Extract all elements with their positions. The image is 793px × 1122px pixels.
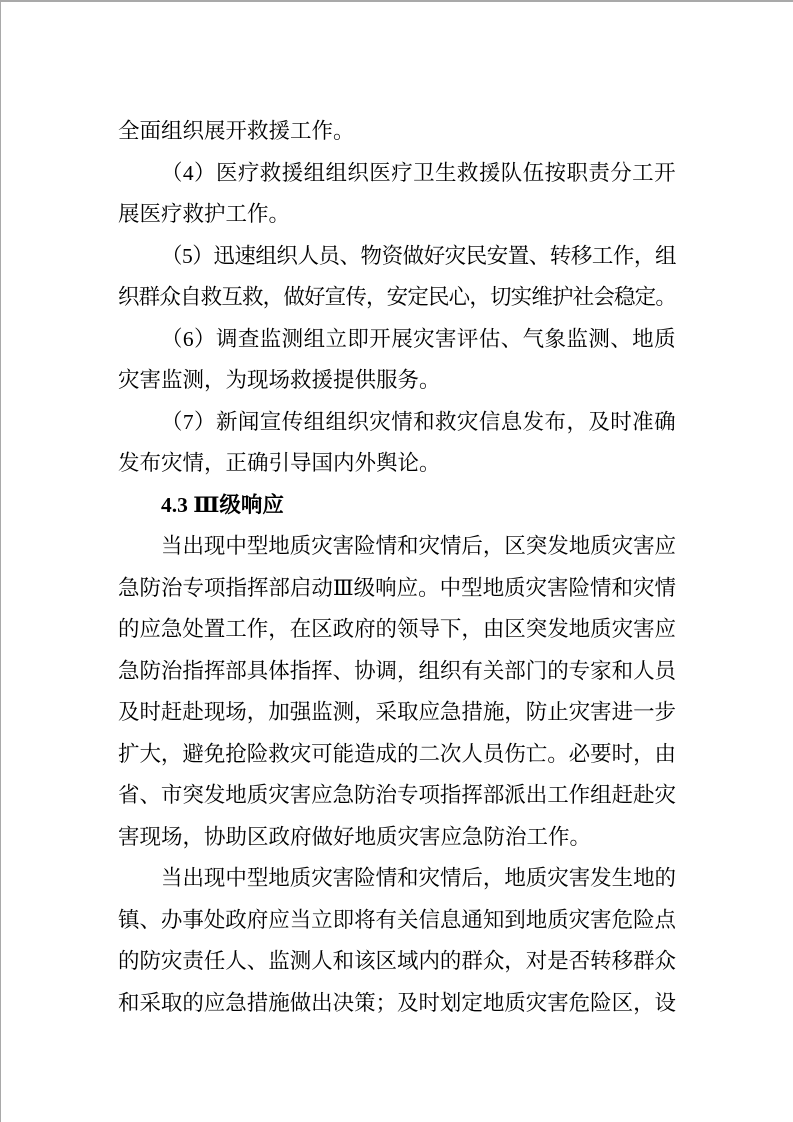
line-text: 当出现中型地质灾害险情和灾情后，地质灾害发生地的 xyxy=(161,866,676,890)
text-line: 当出现中型地质灾害险情和灾情后，地质灾害发生地的 xyxy=(118,858,676,900)
line-text: （6）调查监测组立即开展灾害评估、气象监测、地质 xyxy=(161,327,676,351)
line-text: 灾害监测，为现场救援提供服务。 xyxy=(118,368,441,392)
text-line: （5）迅速组织人员、物资做好灾民安置、转移工作，组 xyxy=(118,236,676,278)
text-line: 的防灾责任人、监测人和该区域内的群众，对是否转移群众 xyxy=(118,941,676,983)
line-text: 的应急处置工作，在区政府的领导下，由区突发地质灾害应 xyxy=(118,617,676,641)
page-edge-left-line xyxy=(0,0,1,1122)
line-text: （4）医疗救援组组织医疗卫生救援队伍按职责分工开 xyxy=(161,161,676,185)
text-line: 灾害监测，为现场救援提供服务。 xyxy=(118,360,676,402)
line-text: 镇、办事处政府应当立即将有关信息通知到地质灾害危险点 xyxy=(118,908,676,932)
line-text: 急防治指挥部具体指挥、协调，组织有关部门的专家和人员 xyxy=(118,659,676,683)
text-line: 镇、办事处政府应当立即将有关信息通知到地质灾害危险点 xyxy=(118,900,676,942)
text-line: 展医疗救护工作。 xyxy=(118,194,676,236)
line-text: （5）迅速组织人员、物资做好灾民安置、转移工作，组 xyxy=(161,244,676,268)
page-text-block: 全面组织展开救援工作。（4）医疗救援组组织医疗卫生救援队伍按职责分工开展医疗救护… xyxy=(118,111,676,1024)
text-line: 急防治专项指挥部启动Ⅲ级响应。中型地质灾害险情和灾情 xyxy=(118,568,676,610)
text-line: 省、市突发地质灾害应急防治专项指挥部派出工作组赶赴灾 xyxy=(118,775,676,817)
text-line: 扩大，避免抢险救灾可能造成的二次人员伤亡。必要时，由 xyxy=(118,734,676,776)
text-line: 及时赶赴现场，加强监测，采取应急措施，防止灾害进一步 xyxy=(118,692,676,734)
line-text: 发布灾情，正确引导国内外舆论。 xyxy=(118,451,441,475)
page-edge-top-line xyxy=(0,0,793,2)
line-text: 的防灾责任人、监测人和该区域内的群众，对是否转移群众 xyxy=(118,949,676,973)
line-text: 织群众自救互救，做好宣传，安定民心，切实维护社会稳定。 xyxy=(118,285,676,309)
text-line: 害现场，协助区政府做好地质灾害应急防治工作。 xyxy=(118,817,676,859)
line-text: 省、市突发地质灾害应急防治专项指挥部派出工作组赶赴灾 xyxy=(118,783,676,807)
line-text: 当出现中型地质灾害险情和灾情后，区突发地质灾害应 xyxy=(161,534,676,558)
line-text: 及时赶赴现场，加强监测，采取应急措施，防止灾害进一步 xyxy=(118,700,676,724)
line-text: 全面组织展开救援工作。 xyxy=(118,119,355,143)
line-text: （7）新闻宣传组组织灾情和救灾信息发布，及时准确 xyxy=(161,410,676,434)
text-line: 急防治指挥部具体指挥、协调，组织有关部门的专家和人员 xyxy=(118,651,676,693)
text-line: 和采取的应急措施做出决策；及时划定地质灾害危险区，设 xyxy=(118,983,676,1025)
text-line: （7）新闻宣传组组织灾情和救灾信息发布，及时准确 xyxy=(118,402,676,444)
line-text: 4.3 Ⅲ级响应 xyxy=(161,493,284,517)
text-line: 全面组织展开救援工作。 xyxy=(118,111,676,153)
text-line: （6）调查监测组立即开展灾害评估、气象监测、地质 xyxy=(118,319,676,361)
line-text: 展医疗救护工作。 xyxy=(118,202,290,226)
text-line: （4）医疗救援组组织医疗卫生救援队伍按职责分工开 xyxy=(118,153,676,195)
line-text: 扩大，避免抢险救灾可能造成的二次人员伤亡。必要时，由 xyxy=(118,742,676,766)
document-page: 全面组织展开救援工作。（4）医疗救援组组织医疗卫生救援队伍按职责分工开展医疗救护… xyxy=(0,0,793,1122)
text-line: 织群众自救互救，做好宣传，安定民心，切实维护社会稳定。 xyxy=(118,277,676,319)
text-line: 的应急处置工作，在区政府的领导下，由区突发地质灾害应 xyxy=(118,609,676,651)
text-line: 发布灾情，正确引导国内外舆论。 xyxy=(118,443,676,485)
section-heading: 4.3 Ⅲ级响应 xyxy=(118,485,676,527)
line-text: 急防治专项指挥部启动Ⅲ级响应。中型地质灾害险情和灾情 xyxy=(118,576,676,600)
line-text: 和采取的应急措施做出决策；及时划定地质灾害危险区，设 xyxy=(118,991,676,1015)
line-text: 害现场，协助区政府做好地质灾害应急防治工作。 xyxy=(118,825,591,849)
text-line: 当出现中型地质灾害险情和灾情后，区突发地质灾害应 xyxy=(118,526,676,568)
